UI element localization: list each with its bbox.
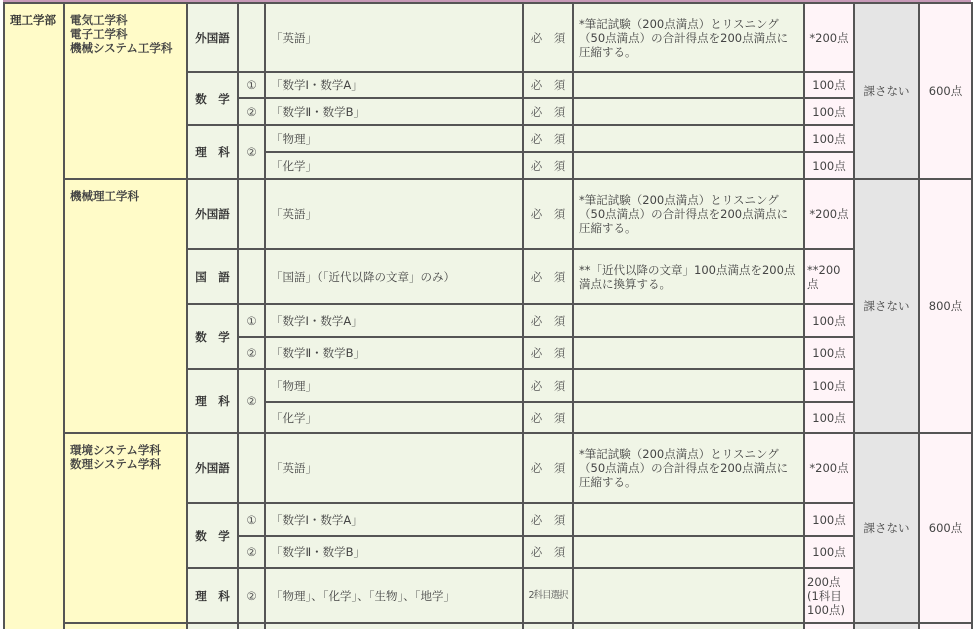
note-cell (573, 623, 804, 629)
requirement-cell: 必 須 (523, 249, 573, 304)
subject-cell: 理 科 (187, 125, 238, 179)
points-cell: 100点 (804, 72, 854, 98)
requirement-cell: 必 須 (523, 98, 573, 125)
requirement-cell: 必 須 (523, 179, 573, 249)
table-row: 理工学部 電気工学科 電子工学科 機械システム工学科 外国語 「英語」 必 須 … (4, 3, 972, 72)
table-row (4, 623, 972, 629)
item-cell: 「物理」 (265, 369, 523, 402)
subject-cell: 外国語 (187, 433, 238, 503)
table-row: 機械理工学科 外国語 「英語」 必 須 *筆記試験（200点満点）とリスニング（… (4, 179, 972, 249)
requirement-cell: 必 須 (523, 402, 573, 433)
department-cell (64, 623, 187, 629)
item-cell: 「国語」（「近代以降の文章」のみ） (265, 249, 523, 304)
subject-cell: 理 科 (187, 369, 238, 433)
note-cell (573, 337, 804, 369)
points-cell: 100点 (804, 98, 854, 125)
subject-cell: 数 学 (187, 503, 238, 568)
points-cell: 100点 (804, 536, 854, 568)
item-cell: 「化学」 (265, 402, 523, 433)
department-cell: 機械理工学科 (64, 179, 187, 433)
requirement-cell (523, 623, 573, 629)
points-cell: 100点 (804, 337, 854, 369)
requirement-cell: 必 須 (523, 304, 573, 337)
points-cell: 100点 (804, 369, 854, 402)
note-cell (573, 304, 804, 337)
number-cell: ① (238, 503, 265, 536)
number-cell (238, 249, 265, 304)
second-stage-cell (854, 623, 919, 629)
second-stage-cell: 課さない (854, 433, 919, 623)
points-cell: 100点 (804, 152, 854, 179)
note-cell: *筆記試験（200点満点）とリスニング（50点満点）の合計得点を200点満点に圧… (573, 3, 804, 72)
subject-cell: 理 科 (187, 568, 238, 623)
item-cell: 「化学」 (265, 152, 523, 179)
subject-cell: 数 学 (187, 72, 238, 125)
requirement-cell: 必 須 (523, 3, 573, 72)
requirement-cell: 必 須 (523, 337, 573, 369)
subject-cell: 国 語 (187, 249, 238, 304)
subject-cell: 外国語 (187, 179, 238, 249)
number-cell: ① (238, 304, 265, 337)
faculty-cell: 理工学部 (4, 3, 64, 629)
note-cell: **「近代以降の文章」100点満点を200点満点に換算する。 (573, 249, 804, 304)
second-stage-cell: 課さない (854, 3, 919, 179)
number-cell: ② (238, 337, 265, 369)
department-cell: 電気工学科 電子工学科 機械システム工学科 (64, 3, 187, 179)
requirement-cell: 必 須 (523, 72, 573, 98)
points-cell: 100点 (804, 402, 854, 433)
note-cell (573, 503, 804, 536)
number-cell (238, 623, 265, 629)
requirement-cell: 必 須 (523, 369, 573, 402)
second-stage-cell: 課さない (854, 179, 919, 433)
number-cell: ② (238, 98, 265, 125)
note-cell: *筆記試験（200点満点）とリスニング（50点満点）の合計得点を200点満点に圧… (573, 179, 804, 249)
item-cell: 「物理」、「化学」、「生物」、「地学」 (265, 568, 523, 623)
item-cell: 「数学Ⅱ・数学B」 (265, 337, 523, 369)
table-row: 環境システム学科 数理システム学科 外国語 「英語」 必 須 *筆記試験（200… (4, 433, 972, 503)
number-cell: ② (238, 369, 265, 433)
item-cell: 「数学Ⅱ・数学B」 (265, 536, 523, 568)
number-cell: ① (238, 72, 265, 98)
item-cell (265, 623, 523, 629)
points-cell: *200点 (804, 179, 854, 249)
item-cell: 「数学Ⅰ・数学A」 (265, 72, 523, 98)
item-cell: 「英語」 (265, 3, 523, 72)
requirement-cell: 必 須 (523, 433, 573, 503)
requirement-cell: 必 須 (523, 536, 573, 568)
requirement-cell: 2科目選択 (523, 568, 573, 623)
note-cell: *筆記試験（200点満点）とリスニング（50点満点）の合計得点を200点満点に圧… (573, 433, 804, 503)
number-cell (238, 433, 265, 503)
note-cell (573, 125, 804, 152)
item-cell: 「数学Ⅰ・数学A」 (265, 304, 523, 337)
points-cell (804, 623, 854, 629)
subject-cell (187, 623, 238, 629)
points-cell: 200点 (1科目 100点) (804, 568, 854, 623)
note-cell (573, 152, 804, 179)
note-cell (573, 536, 804, 568)
number-cell: ② (238, 568, 265, 623)
points-cell: *200点 (804, 433, 854, 503)
total-points-cell: 800点 (919, 179, 972, 433)
item-cell: 「数学Ⅰ・数学A」 (265, 503, 523, 536)
points-cell: 100点 (804, 304, 854, 337)
note-cell (573, 568, 804, 623)
requirement-cell: 必 須 (523, 503, 573, 536)
note-cell (573, 98, 804, 125)
requirement-cell: 必 須 (523, 152, 573, 179)
department-cell: 環境システム学科 数理システム学科 (64, 433, 187, 623)
total-points-cell: 600点 (919, 3, 972, 179)
number-cell (238, 3, 265, 72)
total-points-cell: 600点 (919, 433, 972, 623)
note-cell (573, 402, 804, 433)
points-cell: 100点 (804, 503, 854, 536)
number-cell: ② (238, 125, 265, 179)
number-cell: ② (238, 536, 265, 568)
item-cell: 「英語」 (265, 179, 523, 249)
points-cell: *200点 (804, 3, 854, 72)
requirement-cell: 必 須 (523, 125, 573, 152)
item-cell: 「数学Ⅱ・数学B」 (265, 98, 523, 125)
total-points-cell (919, 623, 972, 629)
points-cell: **200点 (804, 249, 854, 304)
note-cell (573, 72, 804, 98)
number-cell (238, 179, 265, 249)
points-cell: 100点 (804, 125, 854, 152)
item-cell: 「物理」 (265, 125, 523, 152)
subject-cell: 数 学 (187, 304, 238, 369)
note-cell (573, 369, 804, 402)
subject-cell: 外国語 (187, 3, 238, 72)
exam-subjects-table: 理工学部 電気工学科 電子工学科 機械システム工学科 外国語 「英語」 必 須 … (3, 2, 973, 629)
item-cell: 「英語」 (265, 433, 523, 503)
